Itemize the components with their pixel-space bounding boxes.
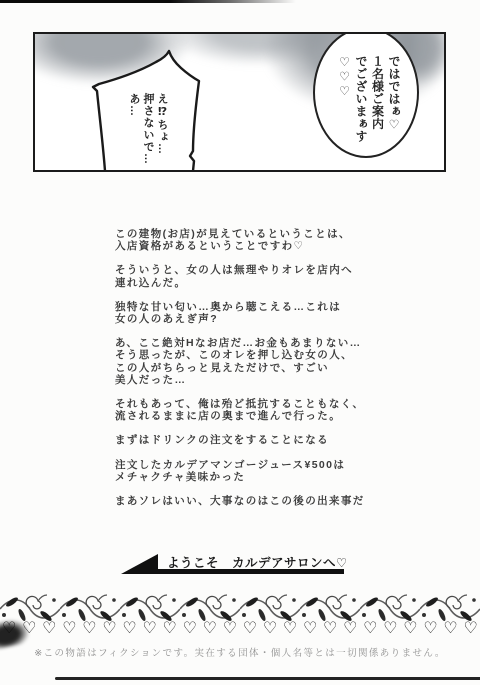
- heart-icon: ♡: [243, 620, 257, 638]
- heart-icon: ♡: [463, 620, 477, 638]
- heart-icon: ♡: [403, 620, 417, 638]
- scan-edge-bottom: [55, 677, 480, 680]
- heart-icon: ♡: [323, 620, 337, 638]
- story-paragraph: 独特な甘い匂い…奥から聴こえる…これは女の人のあえぎ声?: [115, 301, 405, 325]
- heart-icon: ♡: [263, 620, 277, 638]
- scan-edge-top: [0, 0, 370, 3]
- hearts-border: ♡♡♡♡♡♡♡♡♡♡♡♡♡♡♡♡♡♡♡♡♡♡♡♡: [2, 620, 478, 638]
- heart-icon: ♡: [183, 620, 197, 638]
- manga-panel: え⁉ちょ…押さないで…あ… ではではぁ♡１名様ご案内でございまぁす♡♡♡: [33, 32, 446, 172]
- story-paragraph: 注文したカルデアマンゴージュース¥500はメチャクチャ美味かった: [115, 459, 405, 483]
- heart-icon: ♡: [303, 620, 317, 638]
- heart-icon: ♡: [163, 620, 177, 638]
- story-paragraph: まあソレはいい、大事なのはこの後の出来事だ: [115, 495, 405, 507]
- heart-icon: ♡: [343, 620, 357, 638]
- heart-icon: ♡: [102, 620, 116, 638]
- heart-icon: ♡: [283, 620, 297, 638]
- story-paragraph: この建物(お店)が見えているということは、入店資格があるということですわ♡: [115, 228, 405, 252]
- story-paragraph: あ、ここ絶対Hなお店だ…お金もあまりない…そう思ったが、このオレを押し込む女の人…: [115, 337, 405, 386]
- heart-icon: ♡: [62, 620, 76, 638]
- heart-icon: ♡: [423, 620, 437, 638]
- story-paragraph: まずはドリンクの注文をすることになる: [115, 434, 405, 446]
- story-paragraph: それもあって、俺は殆ど抵抗することもなく、流されるままに店の奥まで進んで行った。: [115, 398, 405, 422]
- heart-icon: ♡: [383, 620, 397, 638]
- heart-icon: ♡: [203, 620, 217, 638]
- heart-icon: ♡: [443, 620, 457, 638]
- heart-icon: ♡: [142, 620, 156, 638]
- heart-icon: ♡: [363, 620, 377, 638]
- banner-triangle-icon: [121, 554, 158, 574]
- heart-icon: ♡: [82, 620, 96, 638]
- heart-icon: ♡: [122, 620, 136, 638]
- salon-welcome-banner: ようこそ カルデアサロンへ♡: [167, 553, 348, 571]
- story-paragraphs: この建物(お店)が見えているということは、入店資格があるということですわ♡そうい…: [115, 228, 405, 519]
- story-paragraph: そういうと、女の人は無理やりオレを店内へ連れ込んだ。: [115, 264, 405, 288]
- heart-icon: ♡: [42, 620, 56, 638]
- doujinshi-page: え⁉ちょ…押さないで…あ… ではではぁ♡１名様ご案内でございまぁす♡♡♡ この建…: [0, 0, 480, 685]
- offpanel-voice-text: え⁉ちょ…押さないで…あ…: [127, 93, 169, 172]
- fiction-disclaimer: ※この物語はフィクションです。実在する団体・個人名等とは一切関係ありません。: [0, 645, 480, 659]
- speech-bubble-text: ではではぁ♡１名様ご案内でございまぁす♡♡♡: [336, 55, 402, 161]
- heart-icon: ♡: [223, 620, 237, 638]
